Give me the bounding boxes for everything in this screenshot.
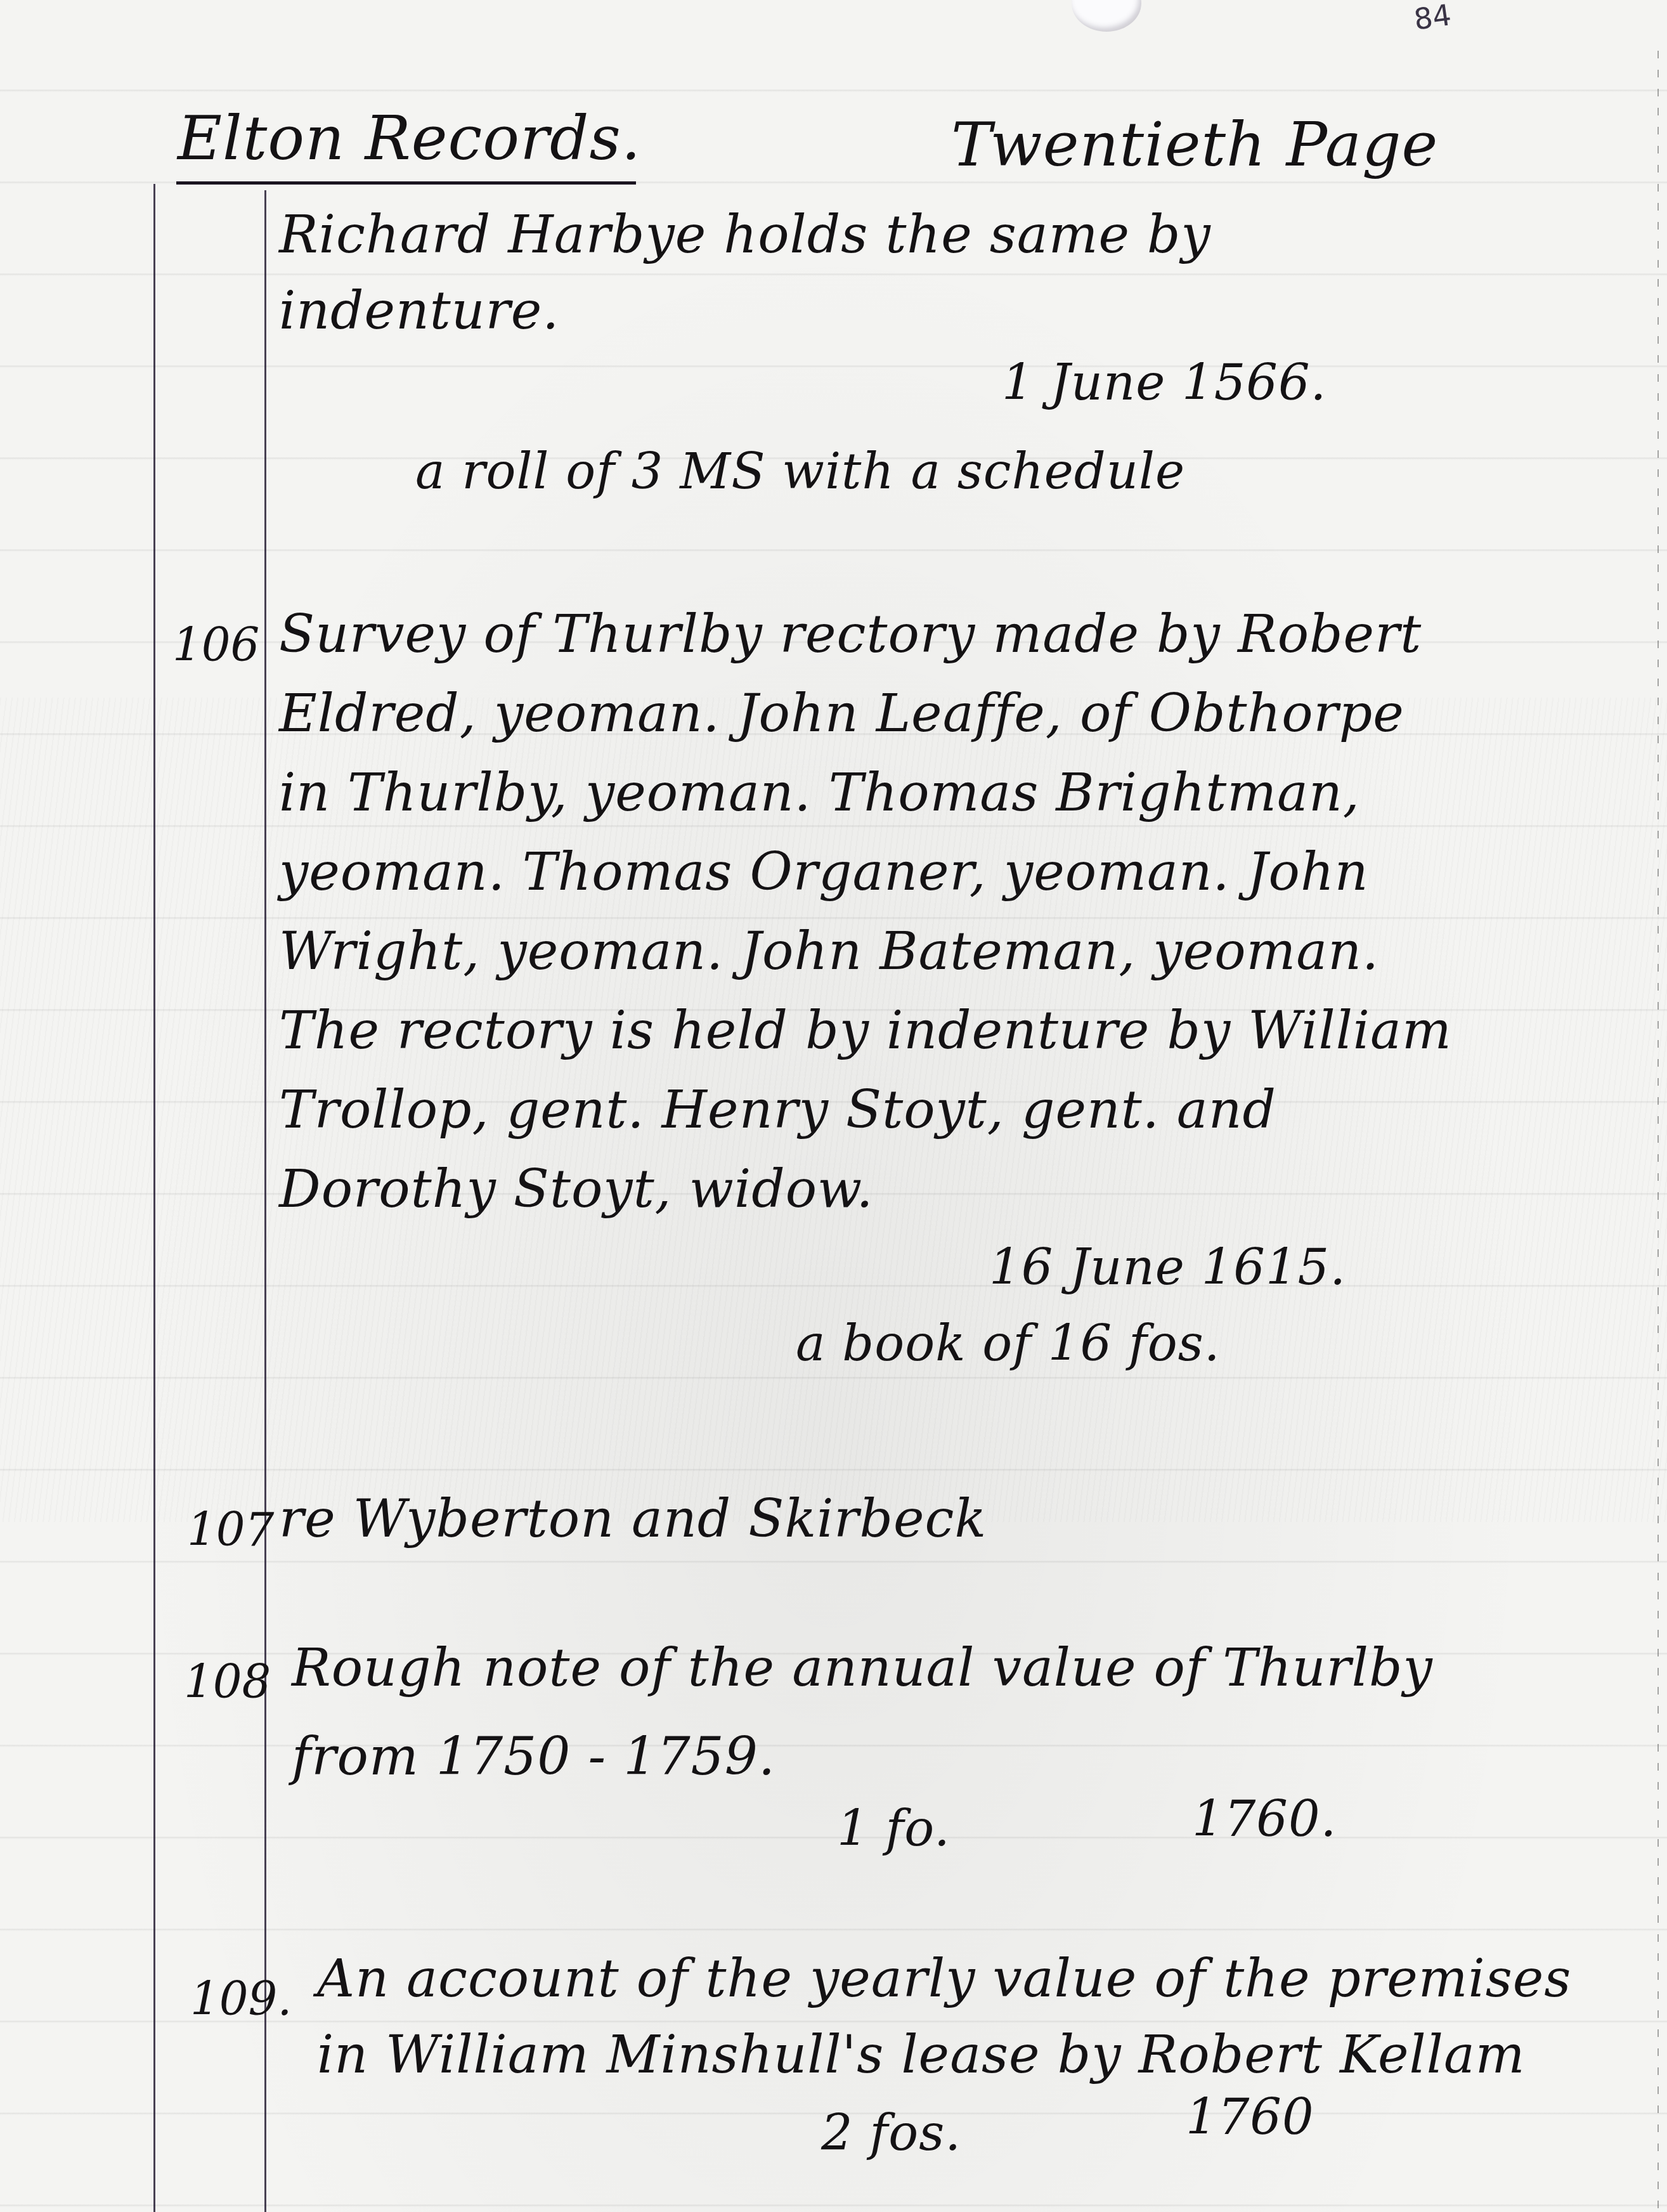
right-margin-rule — [1657, 51, 1659, 2212]
continuation-date: 1 June 1566. — [1002, 358, 1326, 408]
entry-line: Survey of Thurlby rectory made by Robert — [279, 609, 1422, 661]
entry-line: Trollop, gent. Henry Stoyt, gent. and — [279, 1084, 1276, 1136]
continuation-line: Richard Harbye holds the same by — [279, 209, 1211, 261]
entry-line: Dorothy Stoyt, widow. — [279, 1164, 874, 1216]
entry-line: Eldred, yeoman. John Leaffe, of Obthorpe — [279, 688, 1404, 740]
entry-extent: a book of 16 fos. — [796, 1319, 1221, 1369]
entry-number: 106 — [172, 618, 259, 672]
entry-date: 1760. — [1192, 1795, 1337, 1844]
entry-number: 107 — [187, 1503, 274, 1556]
entry-number: 109. — [190, 1972, 292, 2026]
left-margin-rule — [153, 184, 155, 2212]
entry-line: from 1750 - 1759. — [292, 1731, 775, 1783]
entry-date: 1760 — [1186, 2093, 1314, 2142]
entry-number: 108 — [184, 1655, 271, 1708]
entry-line: Rough note of the annual value of Thurlb… — [292, 1643, 1433, 1695]
entry-line: in William Minshull's lease by Robert Ke… — [317, 2029, 1526, 2081]
page-title: Elton Records. — [178, 108, 641, 169]
continuation-extent: a roll of 3 MS with a schedule — [415, 447, 1185, 497]
entry-line: The rectory is held by indenture by Will… — [279, 1005, 1452, 1057]
entry-date: 16 June 1615. — [989, 1243, 1346, 1292]
entry-line: Wright, yeoman. John Bateman, yeoman. — [279, 926, 1379, 978]
entry-line: An account of the yearly value of the pr… — [317, 1953, 1571, 2005]
continuation-line: indenture. — [279, 285, 559, 337]
corner-page-mark: 84 — [1412, 0, 1453, 37]
entry-line: yeoman. Thomas Organer, yeoman. John — [279, 847, 1369, 899]
page-label: Twentieth Page — [951, 114, 1438, 175]
entry-line: in Thurlby, yeoman. Thomas Brightman, — [279, 767, 1360, 819]
number-column-rule — [264, 190, 266, 2212]
title-underline — [176, 181, 636, 185]
entry-line: re Wyberton and Skirbeck — [279, 1493, 987, 1545]
entry-extent: 2 fos. — [821, 2109, 961, 2158]
entry-extent: 1 fo. — [837, 1804, 950, 1854]
